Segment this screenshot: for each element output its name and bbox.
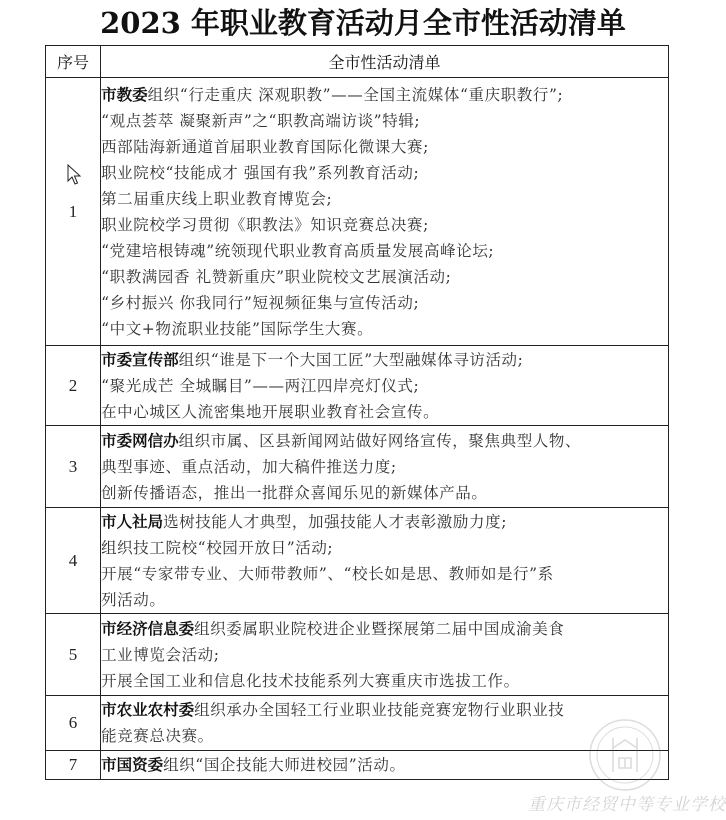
content-line: “中文+物流职业技能”国际学生大赛。 (101, 316, 668, 342)
content-line: 市教委组织“行走重庆 深观职教”——全国主流媒体“重庆职教行”; (101, 82, 668, 108)
watermark-text: 重庆市经贸中等专业学校 (528, 790, 726, 815)
mouse-pointer-icon (67, 164, 81, 186)
activity-table: 序号 全市性活动清单 1 市教委组织“行走重庆 深观职教”——全国主流媒体“重庆… (45, 45, 669, 780)
content-line: 职业院校“技能成才 强国有我”系列教育活动; (101, 160, 668, 186)
table-row: 3 市委网信办组织市属、区县新闻网站做好网络宣传，聚焦典型人物、 典型事迹、重点… (46, 426, 669, 508)
organization-name: 市委宣传部 (101, 351, 179, 369)
row-number: 2 (46, 346, 101, 426)
school-seal-icon (588, 718, 662, 792)
content-line: 西部陆海新通道首届职业教育国际化微课大赛; (101, 134, 668, 160)
content-line: 开展全国工业和信息化技术技能系列大赛重庆市选拔工作。 (101, 668, 668, 694)
header-serial-number: 序号 (46, 46, 101, 78)
activity-text: 组织委属职业院校进企业暨探展第二届中国成渝美食 (194, 620, 564, 638)
row-content: 市委网信办组织市属、区县新闻网站做好网络宣传，聚焦典型人物、 典型事迹、重点活动… (101, 426, 669, 508)
content-line: 能竞赛总决赛。 (101, 723, 668, 749)
content-line: “聚光成芒 全城瞩目”——两江四岸亮灯仪式; (101, 373, 668, 399)
row-content: 市农业农村委组织承办全国轻工行业职业技能竞赛宠物行业职业技 能竞赛总决赛。 (101, 696, 669, 751)
table-row: 7 市国资委组织“国企技能大师进校园”活动。 (46, 751, 669, 780)
content-line: 职业院校学习贯彻《职教法》知识竞赛总决赛; (101, 212, 668, 238)
content-line: “职教满园香 礼赞新重庆”职业院校文艺展演活动; (101, 264, 668, 290)
activity-text: 组织市属、区县新闻网站做好网络宣传，聚焦典型人物、 (179, 432, 582, 450)
content-line: 工业博览会活动; (101, 642, 668, 668)
organization-name: 市农业农村委 (101, 701, 194, 719)
content-line: 创新传播语态，推出一批群众喜闻乐见的新媒体产品。 (101, 480, 668, 506)
organization-name: 市委网信办 (101, 432, 179, 450)
activity-text: 组织“行走重庆 深观职教”——全国主流媒体“重庆职教行”; (148, 86, 564, 104)
content-line: 市国资委组织“国企技能大师进校园”活动。 (101, 752, 668, 778)
activity-text: 组织“国企技能大师进校园”活动。 (163, 756, 405, 774)
organization-name: 市人社局 (101, 513, 163, 531)
table-header-row: 序号 全市性活动清单 (46, 46, 669, 78)
content-line: “乡村振兴 你我同行”短视频征集与宣传活动; (101, 290, 668, 316)
table-row: 6 市农业农村委组织承办全国轻工行业职业技能竞赛宠物行业职业技 能竞赛总决赛。 (46, 696, 669, 751)
row-number: 6 (46, 696, 101, 751)
content-line: “观点荟萃 凝聚新声”之“职教高端访谈”特辑; (101, 108, 668, 134)
row-number: 5 (46, 614, 101, 696)
table-row: 1 市教委组织“行走重庆 深观职教”——全国主流媒体“重庆职教行”; “观点荟萃… (46, 78, 669, 346)
row-content: 市经济信息委组织委属职业院校进企业暨探展第二届中国成渝美食 工业博览会活动; 开… (101, 614, 669, 696)
content-line: 开展“专家带专业、大师带教师”、“校长如是思、教师如是行”系 (101, 561, 668, 587)
activity-text: 选树技能人才典型，加强技能人才表彰激励力度; (163, 513, 507, 531)
row-content: 市教委组织“行走重庆 深观职教”——全国主流媒体“重庆职教行”; “观点荟萃 凝… (101, 78, 669, 346)
organization-name: 市国资委 (101, 756, 163, 774)
row-content: 市人社局选树技能人才典型，加强技能人才表彰激励力度; 组织技工院校“校园开放日”… (101, 508, 669, 614)
document-title: 2023 年职业教育活动月全市性活动清单 (0, 4, 726, 42)
table-row: 5 市经济信息委组织委属职业院校进企业暨探展第二届中国成渝美食 工业博览会活动;… (46, 614, 669, 696)
row-number: 1 (46, 78, 101, 346)
organization-name: 市教委 (101, 86, 148, 104)
content-line: 在中心城区人流密集地开展职业教育社会宣传。 (101, 399, 668, 425)
table-row: 2 市委宣传部组织“谁是下一个大国工匠”大型融媒体寻访活动; “聚光成芒 全城瞩… (46, 346, 669, 426)
organization-name: 市经济信息委 (101, 620, 194, 638)
content-line: “党建培根铸魂”统领现代职业教育高质量发展高峰论坛; (101, 238, 668, 264)
row-number: 4 (46, 508, 101, 614)
content-line: 市委宣传部组织“谁是下一个大国工匠”大型融媒体寻访活动; (101, 347, 668, 373)
content-line: 市委网信办组织市属、区县新闻网站做好网络宣传，聚焦典型人物、 (101, 428, 668, 454)
activity-text: 组织“谁是下一个大国工匠”大型融媒体寻访活动; (179, 351, 524, 369)
row-number: 7 (46, 751, 101, 780)
header-activity-list: 全市性活动清单 (101, 46, 669, 78)
content-line: 列活动。 (101, 587, 668, 613)
row-content: 市委宣传部组织“谁是下一个大国工匠”大型融媒体寻访活动; “聚光成芒 全城瞩目”… (101, 346, 669, 426)
row-number: 3 (46, 426, 101, 508)
activity-text: 组织承办全国轻工行业职业技能竞赛宠物行业职业技 (194, 701, 564, 719)
table-row: 4 市人社局选树技能人才典型，加强技能人才表彰激励力度; 组织技工院校“校园开放… (46, 508, 669, 614)
content-line: 典型事迹、重点活动，加大稿件推送力度; (101, 454, 668, 480)
content-line: 市人社局选树技能人才典型，加强技能人才表彰激励力度; (101, 509, 668, 535)
row-content: 市国资委组织“国企技能大师进校园”活动。 (101, 751, 669, 780)
content-line: 第二届重庆线上职业教育博览会; (101, 186, 668, 212)
content-line: 市经济信息委组织委属职业院校进企业暨探展第二届中国成渝美食 (101, 616, 668, 642)
content-line: 市农业农村委组织承办全国轻工行业职业技能竞赛宠物行业职业技 (101, 697, 668, 723)
content-line: 组织技工院校“校园开放日”活动; (101, 535, 668, 561)
